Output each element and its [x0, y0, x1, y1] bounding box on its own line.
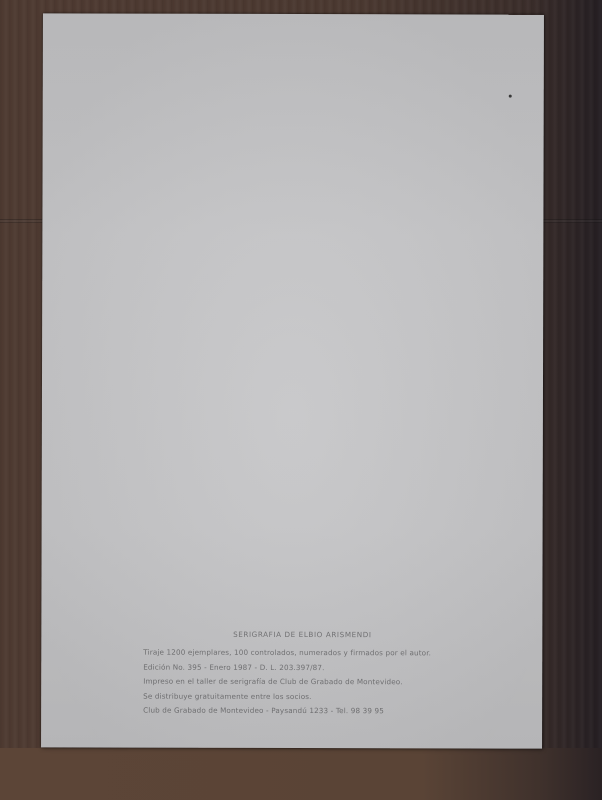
paper-speck — [509, 95, 512, 98]
printed-card: SERIGRAFIA DE ELBIO ARISMENDI Tiraje 120… — [41, 13, 544, 748]
colophon-line-distribution: Se distribuye gratuitamente entre los so… — [143, 689, 453, 704]
colophon-text-block: SERIGRAFIA DE ELBIO ARISMENDI Tiraje 120… — [143, 628, 453, 719]
colophon-line-printer: Impreso en el taller de serigrafía de Cl… — [143, 675, 453, 690]
cardboard-lower-flap — [0, 748, 602, 800]
colophon-title: SERIGRAFIA DE ELBIO ARISMENDI — [151, 628, 453, 643]
colophon-line-address: Club de Grabado de Montevideo - Paysandú… — [143, 704, 453, 719]
colophon-line-print-run: Tiraje 1200 ejemplares, 100 controlados,… — [143, 646, 453, 661]
colophon-line-edition: Edición No. 395 - Enero 1987 - D. L. 203… — [143, 660, 453, 675]
